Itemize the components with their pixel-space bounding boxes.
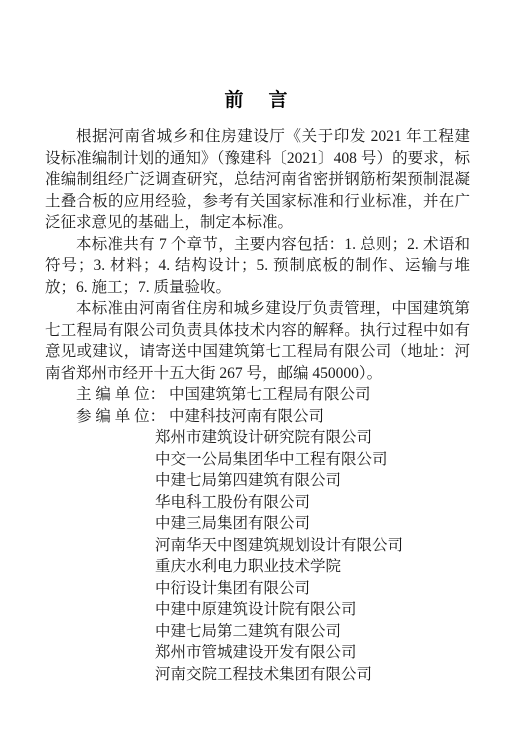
- page-content: 根据河南省城乡和住房建设厅《关于印发 2021 年工程建设标准编制计划的通知》（…: [45, 126, 470, 685]
- participating-units-row: 中交一公局集团华中工程有限公司: [45, 449, 470, 471]
- participating-units-row: 中建三局集团有限公司: [45, 513, 470, 535]
- participating-unit: 中建中原建筑设计院有限公司: [155, 599, 470, 621]
- chief-editor-label: 主 编 单 位：: [76, 384, 169, 406]
- participating-units-row: 中建七局第二建筑有限公司: [45, 621, 470, 643]
- chief-editor-row: 主 编 单 位： 中国建筑第七工程局有限公司: [45, 384, 470, 406]
- participating-unit: 华电科工股份有限公司: [155, 492, 470, 514]
- participating-units-row: 华电科工股份有限公司: [45, 492, 470, 514]
- participating-unit: 郑州市建筑设计研究院有限公司: [155, 427, 470, 449]
- participating-unit: 河南华天中图建筑规划设计有限公司: [155, 535, 470, 557]
- participating-units-row: 郑州市建筑设计研究院有限公司: [45, 427, 470, 449]
- participating-units-row: 参 编 单 位： 中建科技河南有限公司: [45, 406, 470, 428]
- participating-unit: 中建七局第四建筑有限公司: [155, 470, 470, 492]
- participating-units-label: 参 编 单 位：: [76, 406, 169, 428]
- participating-unit: 重庆水利电力职业技术学院: [155, 556, 470, 578]
- participating-units-row: 重庆水利电力职业技术学院: [45, 556, 470, 578]
- participating-units-row: 中建中原建筑设计院有限公司: [45, 599, 470, 621]
- chief-editor-name: 中国建筑第七工程局有限公司: [169, 384, 470, 406]
- participating-unit: 河南交院工程技术集团有限公司: [155, 664, 470, 686]
- paragraph-management: 本标准由河南省住房和城乡建设厅负责管理，中国建筑第七工程局有限公司负责具体技术内…: [45, 298, 470, 384]
- paragraph-basis: 根据河南省城乡和住房建设厅《关于印发 2021 年工程建设标准编制计划的通知》（…: [45, 126, 470, 234]
- participating-units-row: 河南交院工程技术集团有限公司: [45, 664, 470, 686]
- paragraph-contents: 本标准共有 7 个章节，主要内容包括：1. 总则；2. 术语和符号；3. 材料；…: [45, 234, 470, 299]
- document-page: 前 言 根据河南省城乡和住房建设厅《关于印发 2021 年工程建设标准编制计划的…: [0, 0, 515, 747]
- participating-units-row: 河南华天中图建筑规划设计有限公司: [45, 535, 470, 557]
- editing-units-section: 主 编 单 位： 中国建筑第七工程局有限公司 参 编 单 位： 中建科技河南有限…: [45, 384, 470, 685]
- participating-units-row: 郑州市管城建设开发有限公司: [45, 642, 470, 664]
- participating-units-row: 中建七局第四建筑有限公司: [45, 470, 470, 492]
- participating-unit: 郑州市管城建设开发有限公司: [155, 642, 470, 664]
- participating-units-row: 中衍设计集团有限公司: [45, 578, 470, 600]
- participating-unit: 中衍设计集团有限公司: [155, 578, 470, 600]
- participating-unit: 中建三局集团有限公司: [155, 513, 470, 535]
- page-title: 前 言: [45, 90, 470, 112]
- participating-unit: 中交一公局集团华中工程有限公司: [155, 449, 470, 471]
- participating-unit: 中建七局第二建筑有限公司: [155, 621, 470, 643]
- participating-unit: 中建科技河南有限公司: [169, 406, 470, 428]
